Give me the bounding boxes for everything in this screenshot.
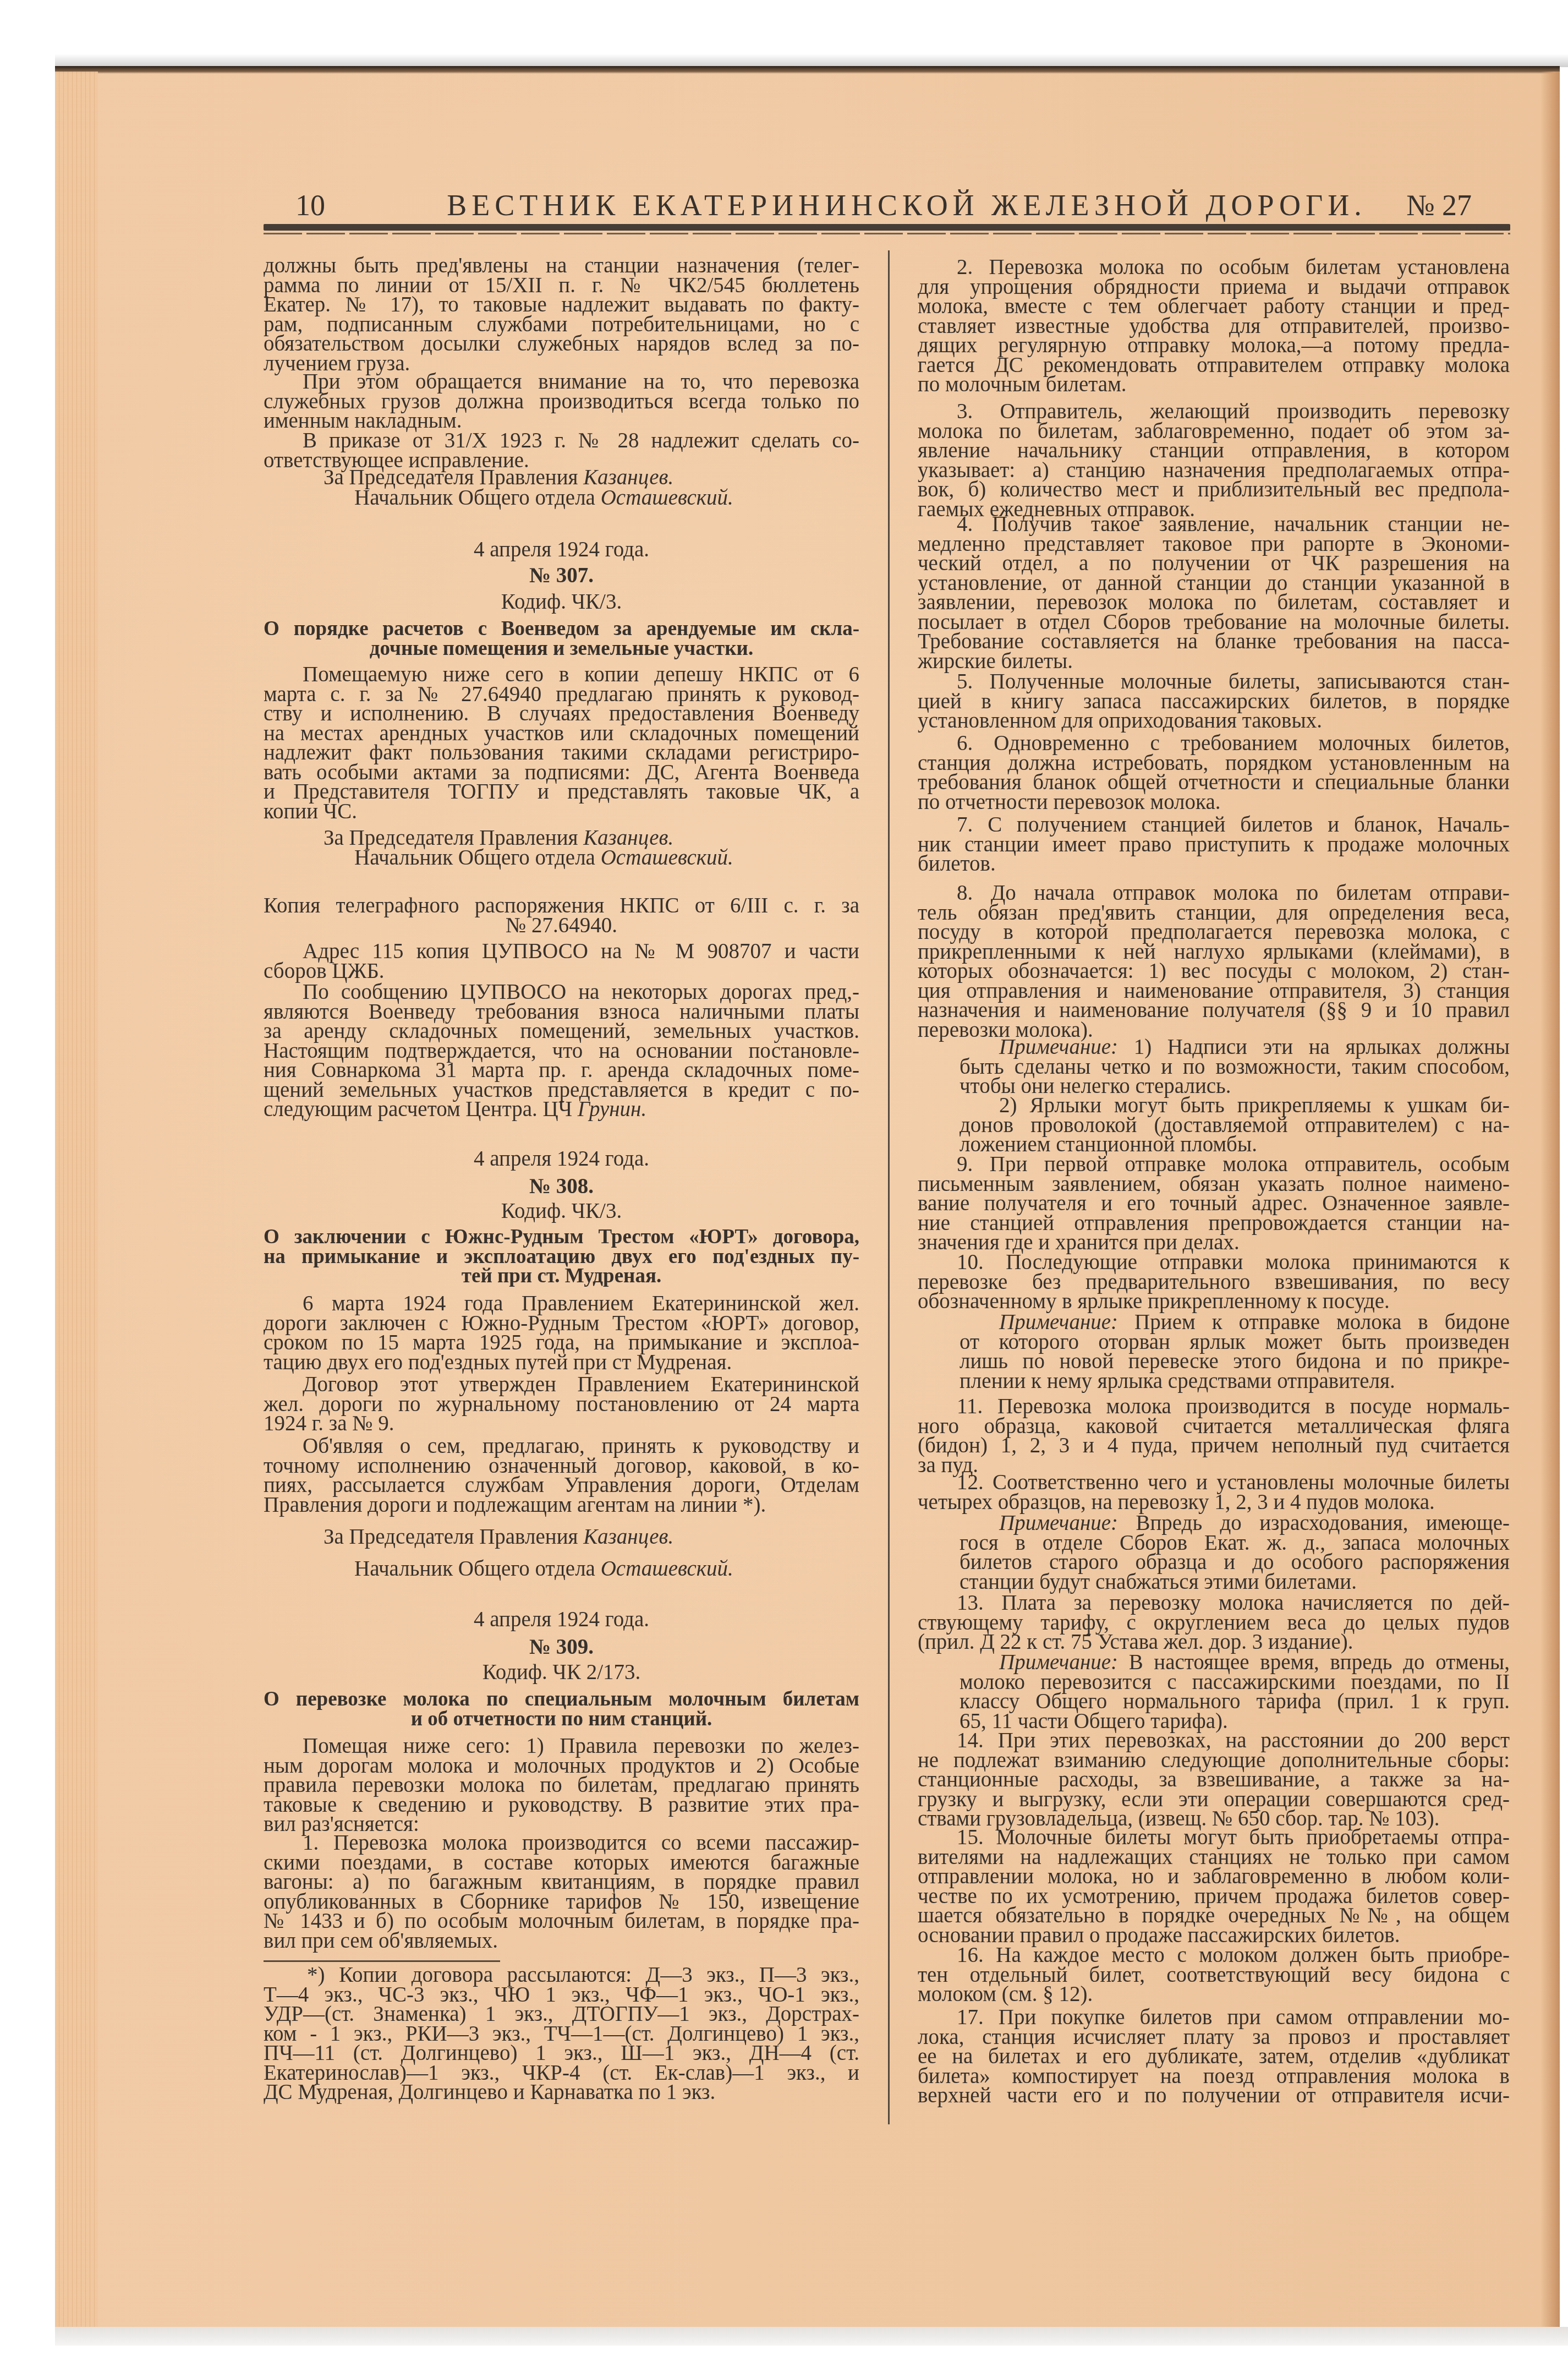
note: Примечание: В настоящее время, впредь до…	[960, 1653, 1510, 1731]
text-segment: Начальник Общего отдела	[354, 846, 601, 870]
text-line: 4. Получив такое заявление, начальник ст…	[918, 515, 1510, 534]
signature-line: Начальник Общего отдела Осташевский.	[264, 488, 859, 508]
page-left-edge	[55, 72, 98, 2327]
text-line: медленно представляет таковое при рапорт…	[918, 534, 1510, 554]
text-segment: следующим расчетом Центра. ЦЧ	[264, 1097, 578, 1121]
text-line: билетов.	[918, 854, 1510, 874]
text-line: вать особыми актами за подписями: ДС, Аг…	[264, 763, 859, 783]
paragraph: 1. Перевозка молока производится со всем…	[264, 1833, 859, 1950]
text-line: Настоящим подтверждается, что на основан…	[264, 1041, 859, 1061]
paragraph: Адрес 115 копия ЦУПВОСО на № М 908707 и …	[264, 942, 859, 981]
paragraph: Договор этот утвержден Правлением Екатер…	[264, 1375, 859, 1434]
text-line: 8. До начала отправок молока по билетам …	[918, 883, 1510, 903]
order-number: № 307.	[264, 566, 859, 586]
text-line: четырех образцов, на перевозку 1, 2, 3 и…	[918, 1493, 1510, 1512]
paragraph: 2. Перевозка молока по особым билетам ус…	[918, 258, 1510, 395]
order-title: О перевозке молока по специальным молочн…	[264, 1690, 859, 1729]
paragraph: Об'являя о сем, предлагаю, принять к рук…	[264, 1436, 859, 1515]
text-line: За Председателя Правления Казанцев.	[264, 828, 859, 848]
paragraph: В приказе от 31/X 1923 г. № 28 надлежит …	[264, 431, 859, 470]
text-line: станции будут снабжаться этими билетами.	[960, 1572, 1510, 1592]
text-line: от которого оторван ярлык может быть про…	[960, 1332, 1510, 1352]
paragraph: 11. Перевозка молока производится в посу…	[918, 1397, 1510, 1475]
footnote: *) Копии договора рассылаются: Д—3 экз.,…	[264, 1965, 859, 2102]
text-line: служебных грузов должна производиться вс…	[264, 392, 859, 412]
paragraph: 15. Молочные билеты могут быть приобрета…	[918, 1828, 1510, 1945]
text-line: требования бланок общей отчетности и спе…	[918, 773, 1510, 793]
text-line: и Представителя ТОГПУ и представлять так…	[264, 782, 859, 802]
text-line: Начальник Общего отдела Осташевский.	[264, 1559, 859, 1579]
text-line: следующим расчетом Центра. ЦЧ Грунин.	[264, 1100, 859, 1119]
text-line: грузку и выгрузку, если эти операции сов…	[918, 1790, 1510, 1810]
text-line: 15. Молочные билеты могут быть приобрета…	[918, 1828, 1510, 1848]
column-divider	[888, 250, 890, 2124]
text-line: быть сделаны четко и по возможности, так…	[960, 1057, 1510, 1077]
text-line: 4 апреля 1924 года.	[264, 1610, 859, 1630]
text-line: опубликованных в Сборнике тарифов № 150,…	[264, 1892, 859, 1912]
text-line: Начальник Общего отдела Осташевский.	[264, 848, 859, 868]
paragraph: Помещая ниже сего: 1) Правила перевозки …	[264, 1736, 859, 1834]
paragraph: 13. Плата за перевозку молока начисляетс…	[918, 1593, 1510, 1652]
text-line: 2) Ярлыки могут быть прикрепляемы к ушка…	[960, 1096, 1510, 1116]
text-line: ция отправления и наименование отправите…	[918, 981, 1510, 1001]
text-line: по молочным билетам.	[918, 375, 1510, 395]
text-line: письменным заявлением, обязан указать по…	[918, 1174, 1510, 1194]
text-line: установление, от данной станции до станц…	[918, 573, 1510, 593]
text-line: О порядке расчетов с Военведом за аренду…	[264, 619, 859, 639]
note: Примечание: Прием к отправке молока в би…	[960, 1313, 1510, 1391]
paragraph: 3. Отправитель, желающий производить пер…	[918, 402, 1510, 519]
copy-heading: Копия телеграфного распоряжения НКПС от …	[264, 896, 859, 935]
text-line: которых обозначается: 1) вес посуды с мо…	[918, 961, 1510, 981]
text-line: прикрепленными к ней наглухо ярлыками (к…	[918, 942, 1510, 962]
paragraph: должны быть пред'явлены на станции назна…	[264, 256, 859, 373]
text-line: за аренду складочных помещений, земельны…	[264, 1021, 859, 1041]
text-line: надлежит факт пользования такими складам…	[264, 743, 859, 763]
text-line: перевозке без предварительного взвешиван…	[918, 1272, 1510, 1292]
text-line: За Председателя Правления Казанцев.	[264, 1527, 859, 1547]
text-line: 3. Отправитель, желающий производить пер…	[918, 402, 1510, 422]
text-line: заявлении, перевозок молока по билетам, …	[918, 593, 1510, 613]
text-line: № 27.64940.	[264, 916, 859, 936]
text-line: основании правил о продаже пассажирских …	[918, 1926, 1510, 1945]
text-line: 17. При покупке билетов при самом отправ…	[918, 2008, 1510, 2027]
text-line: 7. С получением станцией билетов и блано…	[918, 815, 1510, 835]
text-line: обязательством досылки служебных нарядов…	[264, 334, 859, 354]
paragraph: По сообщению ЦУПВОСО на некоторых дорога…	[264, 982, 859, 1119]
paragraph: 10. Последующие отправки молока принимаю…	[918, 1253, 1510, 1311]
italic-text: Осташевский.	[601, 1557, 733, 1581]
paragraph: 4. Получив такое заявление, начальник ст…	[918, 515, 1510, 671]
page-right-edge	[1540, 72, 1560, 2327]
italic-text: Грунин.	[578, 1097, 646, 1121]
text-line: правила перевозки молока по билетам, пре…	[264, 1775, 859, 1795]
text-line: тей при ст. Мудреная.	[264, 1266, 859, 1286]
text-line: вание получателя и его точный адрес. Озн…	[918, 1194, 1510, 1214]
text-line: назначения и наименование получателя (§§…	[918, 1001, 1510, 1020]
text-line: ствующему тарифу, с округлением веса до …	[918, 1613, 1510, 1633]
text-line: № 1433 и б) по особым молочным билетам, …	[264, 1911, 859, 1931]
text-line: 65, 11 части Общего тарифа).	[960, 1712, 1510, 1731]
text-line: № 308.	[264, 1177, 859, 1196]
text-line: О заключении с Южнс-Рудным Трестом «ЮРТ»…	[264, 1227, 859, 1247]
paragraph: Помещаемую ниже сего в копии депешу НКПС…	[264, 665, 859, 821]
paragraph: При этом обращается внимание на то, что …	[264, 372, 859, 431]
text-line: билета» компостирует на поезд отправлени…	[918, 2067, 1510, 2086]
text-line: УДР—(ст. Знаменка) 1 экз., ДТОГПУ—1 экз.…	[264, 2004, 859, 2024]
text-line: молоком (см. § 12).	[918, 1985, 1510, 2004]
text-line: шается обязательно в порядке очередных №…	[918, 1906, 1510, 1926]
text-line: ству и исполнению. В случаях предоставле…	[264, 704, 859, 724]
text-line: ложением станционной пломбы.	[960, 1135, 1510, 1155]
order-title: О заключении с Южнс-Рудным Трестом «ЮРТ»…	[264, 1227, 859, 1286]
note: Примечание: Впредь до израсходования, им…	[960, 1513, 1510, 1592]
text-line: Помещаемую ниже сего в копии депешу НКПС…	[264, 665, 859, 685]
text-line: на местах арендных участков или складочн…	[264, 724, 859, 744]
paragraph: 6 марта 1924 года Правлением Екатерининс…	[264, 1294, 859, 1372]
text-line: гается ДС рекомендовать отправителем отп…	[918, 356, 1510, 375]
text-line: тель обязан пред'явить станции, для опре…	[918, 903, 1510, 923]
text-line: 16. На каждое место с молоком должен быт…	[918, 1945, 1510, 1965]
text-line: 1924 г. за № 9.	[264, 1414, 859, 1434]
text-line: ческий отдел, а по получении от ЧК разре…	[918, 554, 1510, 573]
text-line: Начальник Общего отдела Осташевский.	[264, 488, 859, 508]
text-line: ния Совнаркома 31 марта пр. г. аренда ск…	[264, 1061, 859, 1080]
text-line: Примечание: В настоящее время, впредь до…	[960, 1653, 1510, 1673]
text-line: Копия телеграфного распоряжения НКПС от …	[264, 896, 859, 916]
text-line: вок, б) количество мест и приблизительны…	[918, 480, 1510, 500]
paragraph: 7. С получением станцией билетов и блано…	[918, 815, 1510, 874]
text-line: сборов ЦЖБ.	[264, 961, 859, 981]
text-line: марта с. г. за № 27.64940 предлагаю прин…	[264, 685, 859, 704]
text-line: и об отчетности по ним станций.	[264, 1709, 859, 1729]
text-line: В приказе от 31/X 1923 г. № 28 надлежит …	[264, 431, 859, 451]
signature-line: За Председателя Правления Казанцев.	[264, 828, 859, 848]
text-line: именным накладным.	[264, 411, 859, 431]
text-segment: За Председателя Правления	[324, 1525, 583, 1549]
order-date: 4 апреля 1924 года.	[264, 1149, 859, 1169]
text-line: Договор этот утвержден Правлением Екатер…	[264, 1375, 859, 1395]
text-line: 9. При первой отправке молока отправител…	[918, 1155, 1510, 1174]
signature-line: Начальник Общего отдела Осташевский.	[264, 1559, 859, 1579]
text-line: ПЧ—11 (ст. Долгинцево) 1 экз., Ш—1 экз.,…	[264, 2043, 859, 2063]
text-line: вагоны: а) по багажным квитанциям, в пор…	[264, 1872, 859, 1892]
text-line: 6. Одновременно с требованием молочных б…	[918, 734, 1510, 753]
text-line: верхней части его и по получении от отпр…	[918, 2086, 1510, 2106]
paragraph: 16. На каждое место с молоком должен быт…	[918, 1945, 1510, 2004]
italic-text: Осташевский.	[601, 846, 733, 870]
text-line: лока, станция исчисляет плату за провоз …	[918, 2027, 1510, 2047]
text-line: донов проволокой (доставляемой отправите…	[960, 1116, 1510, 1135]
codification: Кодиф. ЧК/3.	[264, 592, 859, 612]
text-line: отправлении молока, но и заблаговременно…	[918, 1867, 1510, 1887]
text-line: должны быть пред'явлены на станции назна…	[264, 256, 859, 276]
text-line: ного образца, каковой считается металлич…	[918, 1417, 1510, 1436]
order-title: О порядке расчетов с Военведом за аренду…	[264, 619, 859, 658]
text-line: плении к нему ярлыка средствами отправит…	[960, 1371, 1510, 1391]
text-line: Кодиф. ЧК/3.	[264, 592, 859, 612]
text-line: 2. Перевозка молока по особым билетам ус…	[918, 258, 1510, 277]
text-line: *) Копии договора рассылаются: Д—3 экз.,…	[264, 1965, 859, 1985]
text-line: Кодиф. ЧК/3.	[264, 1201, 859, 1221]
text-line: скими поездами, в составе которых имеютс…	[264, 1853, 859, 1873]
text-line: 13. Плата за перевозку молока начисляетс…	[918, 1593, 1510, 1613]
text-line: Об'являя о сем, предлагаю, принять к рук…	[264, 1436, 859, 1456]
text-line: щений земельных участков представляется …	[264, 1080, 859, 1100]
text-line: 11. Перевозка молока производится в посу…	[918, 1397, 1510, 1417]
text-line: гося в отделе Сборов Екат. ж. д., запаса…	[960, 1533, 1510, 1553]
text-line: Т—4 экз., ЧС-3 экз., ЧЮ 1 экз., ЧФ—1 экз…	[264, 1985, 859, 2005]
text-line: Требование составляется на бланке требов…	[918, 632, 1510, 652]
text-line: 10. Последующие отправки молока принимаю…	[918, 1253, 1510, 1272]
text-segment: Начальник Общего отдела	[354, 486, 601, 510]
text-line: (прил. Д 22 к ст. 75 Устава жел. дор. 3 …	[918, 1632, 1510, 1652]
footnote-rule	[264, 1960, 500, 1962]
text-line: Примечание: Прием к отправке молока в би…	[960, 1313, 1510, 1332]
text-line: рамма по линии от 15/XII п. г. № ЧК2/545…	[264, 276, 859, 296]
text-line: посуду в которой предполагается перевозк…	[918, 922, 1510, 942]
order-number: № 308.	[264, 1177, 859, 1196]
text-line: (бидон) 1, 2, 3 и 4 пуда, причем неполны…	[918, 1436, 1510, 1456]
note: Примечание: 1) Надписи эти на ярлыках до…	[960, 1037, 1510, 1096]
order-date: 4 апреля 1924 года.	[264, 540, 859, 560]
text-line: ее на билетах и его дубликате, затем, от…	[918, 2047, 1510, 2067]
text-line: честве по их усмотрению, причем продажа …	[918, 1887, 1510, 1906]
text-line: копии ЧС.	[264, 802, 859, 822]
text-line: являются Военведу требования взноса нали…	[264, 1002, 859, 1022]
text-line: вителями на надлежащих станциях не тольк…	[918, 1848, 1510, 1867]
text-line: Кодиф. ЧК 2/173.	[264, 1663, 859, 1682]
text-line: 6 марта 1924 года Правлением Екатерининс…	[264, 1294, 859, 1314]
text-line: ком - 1 экз., РКИ—3 экз., ТЧ—1—(ст. Долг…	[264, 2024, 859, 2044]
text-line: 4 апреля 1924 года.	[264, 1149, 859, 1169]
paragraph: 12. Соответственно чего и установлены мо…	[918, 1473, 1510, 1512]
text-line: таковые к сведению и руководству. В разв…	[264, 1795, 859, 1815]
text-line: на примыкание и эксплоатацию двух его по…	[264, 1247, 859, 1267]
text-line: 1. Перевозка молока производится со всем…	[264, 1833, 859, 1853]
text-line: Екатеринослав)—1 экз., ЧКР-4 (ст. Ек-сла…	[264, 2063, 859, 2083]
text-line: молоко перевозится с пассажирскими поезд…	[960, 1673, 1510, 1692]
paragraph: 6. Одновременно с требованием молочных б…	[918, 734, 1510, 812]
text-line: ние станцией отправления препровождается…	[918, 1214, 1510, 1233]
text-line: Примечание: 1) Надписи эти на ярлыках до…	[960, 1037, 1510, 1057]
text-line: станционные расходы, за взвешивание, а т…	[918, 1770, 1510, 1790]
text-line: явление начальнику станции отправления, …	[918, 441, 1510, 461]
text-line: тацию двух его под'ездных путей при ст М…	[264, 1353, 859, 1373]
text-line: пиях, рассылается службам Управления дор…	[264, 1475, 859, 1495]
text-line: тен отдельный билет, соответствующий вес…	[918, 1965, 1510, 1985]
text-line: обозначенному в ярлыке прикрепленному к …	[918, 1292, 1510, 1311]
text-line: Екатер. № 17), то таковые надлежит выдав…	[264, 295, 859, 315]
text-line: значения где и хранится при делах.	[918, 1233, 1510, 1253]
text-line: билетов старого образца и до особого рас…	[960, 1553, 1510, 1572]
note: 2) Ярлыки могут быть прикрепляемы к ушка…	[960, 1096, 1510, 1155]
text-line: 4 апреля 1924 года.	[264, 540, 859, 560]
text-line: Правления дороги и подлежащим агентам на…	[264, 1495, 859, 1515]
codification: Кодиф. ЧК/3.	[264, 1201, 859, 1221]
italic-text: Казанцев.	[583, 1525, 673, 1549]
text-line: ным дорогам молока и молочных продуктов …	[264, 1756, 859, 1776]
text-line: установленном для оприходования таковых.	[918, 711, 1510, 731]
codification: Кодиф. ЧК 2/173.	[264, 1663, 859, 1682]
text-line: № 307.	[264, 566, 859, 586]
text-segment: Начальник Общего отдела	[354, 1557, 601, 1581]
paragraph: 9. При первой отправке молока отправител…	[918, 1155, 1510, 1253]
text-line: классу Общего нормального тарифа (прил. …	[960, 1692, 1510, 1712]
text-line: 5. Полученные молочные билеты, записываю…	[918, 672, 1510, 692]
text-line: дороги заключен с Южно-Рудным Трестом «Ю…	[264, 1314, 859, 1333]
text-line: станция должна истребовать, порядком уст…	[918, 753, 1510, 773]
right-column: 2. Перевозка молока по особым билетам ус…	[918, 0, 1510, 2369]
text-line: молока по билетам, заблаговременно, пода…	[918, 422, 1510, 441]
paragraph: 8. До начала отправок молока по билетам …	[918, 883, 1510, 1040]
text-line: молока, вместе с тем облегчает работу ст…	[918, 297, 1510, 316]
text-line: дящих регулярную отправку молока,—а пото…	[918, 336, 1510, 356]
order-number: № 309.	[264, 1637, 859, 1657]
text-line: 14. При этих перевозках, на расстоянии д…	[918, 1731, 1510, 1751]
text-line: Примечание: Впредь до израсходования, им…	[960, 1513, 1510, 1533]
text-line: цией в книгу запаса пассажирских билетов…	[918, 692, 1510, 712]
text-line: рам, подписанным службами потребительниц…	[264, 315, 859, 335]
text-line: для упрощения обрядности приема и выдачи…	[918, 277, 1510, 297]
text-line: вил при сем об'являемых.	[264, 1931, 859, 1951]
text-line: по отчетности перевозок молока.	[918, 793, 1510, 812]
text-line: № 309.	[264, 1637, 859, 1657]
signature-line: За Председателя Правления Казанцев.	[264, 468, 859, 488]
signature-line: Начальник Общего отдела Осташевский.	[264, 848, 859, 868]
text-line: жел. дороги по журнальному постановлению…	[264, 1395, 859, 1414]
left-column: должны быть пред'явлены на станции назна…	[264, 0, 859, 2369]
text-line: О перевозке молока по специальным молочн…	[264, 1690, 859, 1709]
text-line: дочные помещения и земельные участки.	[264, 639, 859, 659]
signature-line: За Председателя Правления Казанцев.	[264, 1527, 859, 1547]
text-line: За Председателя Правления Казанцев.	[264, 468, 859, 488]
text-line: 12. Соответственно чего и установлены мо…	[918, 1473, 1510, 1493]
italic-text: Осташевский.	[601, 486, 733, 510]
text-line: указывает: а) станцию назначения предпол…	[918, 461, 1510, 480]
text-line: ДС Мудреная, Долгинцево и Карнаватка по …	[264, 2083, 859, 2102]
text-line: Помещая ниже сего: 1) Правила перевозки …	[264, 1736, 859, 1756]
text-line: точному исполнению означенный договор, к…	[264, 1456, 859, 1476]
text-line: По сообщению ЦУПВОСО на некоторых дорога…	[264, 982, 859, 1002]
text-line: ставляет известные удобства для отправит…	[918, 316, 1510, 336]
text-line: жирские билеты.	[918, 652, 1510, 671]
text-line: посылает в отдел Сборов требование на мо…	[918, 613, 1510, 632]
order-date: 4 апреля 1924 года.	[264, 1610, 859, 1630]
paragraph: 17. При покупке билетов при самом отправ…	[918, 2008, 1510, 2106]
paragraph: 14. При этих перевозках, на расстоянии д…	[918, 1731, 1510, 1829]
paragraph: 5. Полученные молочные билеты, записываю…	[918, 672, 1510, 731]
text-line: ник станции имеет право приступить к про…	[918, 835, 1510, 855]
text-line: сроком по 15 марта 1925 года, на примыка…	[264, 1333, 859, 1353]
text-line: Адрес 115 копия ЦУПВОСО на № М 908707 и …	[264, 942, 859, 961]
text-line: При этом обращается внимание на то, что …	[264, 372, 859, 392]
text-line: лишь по новой перевеске этого бидона и п…	[960, 1352, 1510, 1371]
text-line: не подлежат взиманию следующие дополните…	[918, 1751, 1510, 1770]
